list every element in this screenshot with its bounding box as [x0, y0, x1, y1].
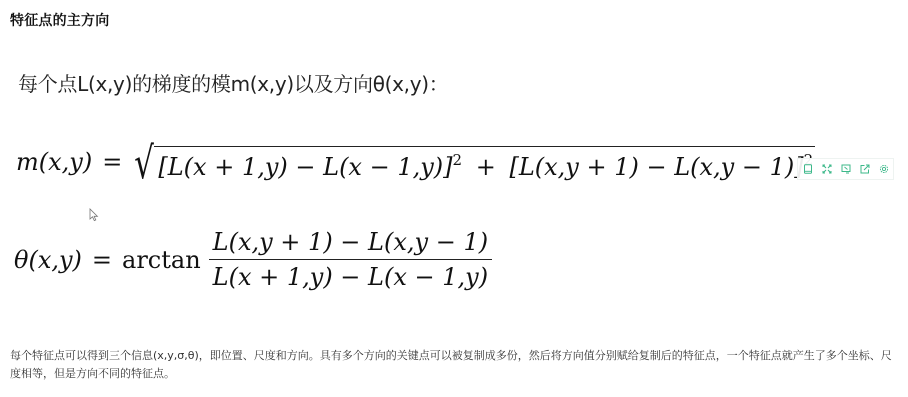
share-button[interactable]: [855, 159, 874, 179]
fraction: L(x,y + 1) − L(x,y − 1) L(x + 1,y) − L(x…: [209, 228, 492, 291]
plus-sign: +: [476, 153, 496, 181]
fullscreen-button[interactable]: [817, 159, 836, 179]
exponent: 2: [453, 151, 463, 169]
denominator: L(x + 1,y) − L(x − 1,y): [209, 259, 492, 291]
fullscreen-icon: [822, 164, 832, 174]
formula-toolbar: [797, 158, 894, 180]
radical-sign: √: [135, 142, 155, 186]
view-button[interactable]: [798, 159, 817, 179]
radicand: [L(x + 1,y) − L(x − 1,y)]2 + [L(x,y + 1)…: [154, 146, 815, 184]
gear-icon: [879, 164, 889, 174]
mouse-cursor-icon: [89, 208, 99, 222]
gradient-y-term: [L(x,y + 1) − L(x,y − 1)]: [509, 153, 803, 181]
arctan-function: arctan: [122, 246, 201, 274]
section-title: 特征点的主方向: [10, 10, 109, 30]
gradient-x-term: [L(x + 1,y) − L(x − 1,y)]: [158, 153, 452, 181]
explanation-paragraph: 每个特征点可以得到三个信息(x,y,σ,θ)，即位置、尺度和方向。具有多个方向的…: [10, 347, 900, 383]
direction-formula: θ(x,y) = arctan L(x,y + 1) − L(x,y − 1) …: [14, 228, 492, 291]
magnitude-formula: m(x,y) = √ [L(x + 1,y) − L(x − 1,y)]2 + …: [16, 132, 815, 192]
equals-sign: =: [92, 246, 112, 274]
present-button[interactable]: [836, 159, 855, 179]
equals-sign: =: [102, 148, 122, 176]
numerator: L(x,y + 1) − L(x,y − 1): [209, 228, 492, 259]
square-root: √ [L(x + 1,y) − L(x − 1,y)]2 + [L(x,y + …: [130, 140, 815, 184]
magnitude-lhs: m(x,y): [16, 148, 92, 176]
intro-line: 每个点L(x,y)的梯度的模m(x,y)以及方向θ(x,y)：: [18, 68, 448, 97]
settings-button[interactable]: [874, 159, 893, 179]
share-icon: [860, 164, 870, 174]
screen-icon: [841, 164, 851, 174]
direction-lhs: θ(x,y): [14, 246, 82, 274]
tablet-icon: [803, 164, 813, 174]
